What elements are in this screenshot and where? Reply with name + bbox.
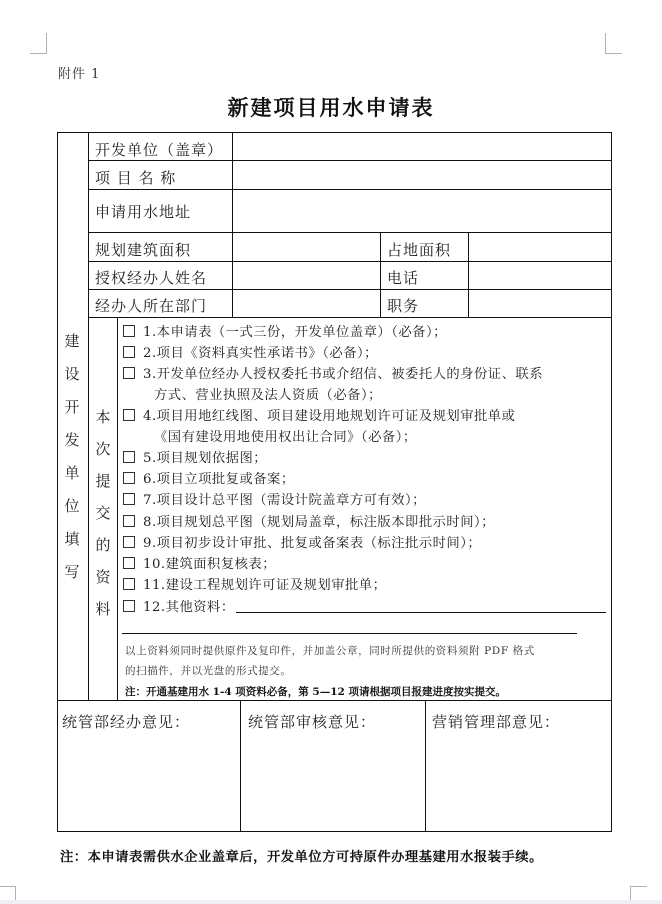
field-input-land-area[interactable] <box>473 235 607 257</box>
materials-bold-note: 注：开通基建用水 1-4 项资料必备，第 5—12 项请根据项目报建进度按实提交… <box>125 684 506 699</box>
grid-line <box>88 232 612 233</box>
opinion-input-marketing[interactable] <box>429 735 608 828</box>
checkbox-icon[interactable] <box>123 325 135 337</box>
checkbox-icon[interactable] <box>123 515 135 527</box>
opinion-label-marketing: 营销管理部意见： <box>432 711 560 732</box>
grid-line <box>88 189 612 190</box>
field-input-developer[interactable] <box>237 135 607 157</box>
checklist-item-4[interactable]: 4.项目用地红线图、项目建设用地规划许可证及规划审批单或 <box>123 405 515 424</box>
field-input-agent-department[interactable] <box>237 292 375 314</box>
section-label-char: 位 <box>62 499 82 532</box>
field-label-agent-name: 授权经办人姓名 <box>95 267 207 288</box>
checklist-item-text: 1.本申请表（一式三份，开发单位盖章）（必备）； <box>143 325 447 340</box>
field-label-agent-department: 经办人所在部门 <box>95 295 207 316</box>
checklist-item-8[interactable]: 8.项目规划总平图（规划局盖章，标注版本即批示时间）； <box>123 511 495 530</box>
grid-line <box>88 317 612 318</box>
field-label-water-address: 申请用水地址 <box>95 201 191 222</box>
checklist-item-3-continued: 方式、营业执照及法人资质（必备）； <box>154 384 382 403</box>
opinion-label-management-handler: 统管部经办意见： <box>62 711 190 732</box>
page-corner-mark <box>30 33 47 54</box>
checklist-item-text: 7.项目设计总平图（需设计院盖章方可有效）； <box>143 493 426 508</box>
checkbox-icon[interactable] <box>123 557 135 569</box>
field-label-land-area: 占地面积 <box>387 239 451 260</box>
other-materials-input[interactable] <box>238 596 604 611</box>
checklist-item-9[interactable]: 9.项目初步设计审批、批复或备案表（标注批示时间）； <box>123 532 481 551</box>
checklist-item-text: 6.项目立项批复或备案； <box>143 472 295 487</box>
checkbox-icon[interactable] <box>123 600 135 612</box>
section-label-char: 单 <box>62 466 82 499</box>
field-label-planned-area: 规划建筑面积 <box>95 239 191 260</box>
section-label-char: 开 <box>62 400 82 433</box>
materials-note-line1: 以上资料须同时提供原件及复印件，并加盖公章，同时所提供的资料须附 PDF 格式 <box>125 643 535 658</box>
field-label-developer: 开发单位（盖章） <box>95 139 223 160</box>
checklist-item-text: 5.项目规划依据图； <box>143 451 267 466</box>
checklist-item-text: 4.项目用地红线图、项目建设用地规划许可证及规划审批单或 <box>143 409 515 424</box>
grid-line <box>240 700 241 832</box>
opinion-input-management-review[interactable] <box>244 735 421 828</box>
checklist-item-11[interactable]: 11.建设工程规划许可证及规划审批单； <box>123 574 386 593</box>
checkbox-icon[interactable] <box>123 472 135 484</box>
other-materials-underline <box>236 612 606 613</box>
opinion-input-management-handler[interactable] <box>60 735 236 828</box>
grid-line <box>468 232 469 317</box>
page-title: 新建项目用水申请表 <box>0 92 662 122</box>
checkbox-icon[interactable] <box>123 578 135 590</box>
grid-line <box>88 261 612 262</box>
grid-line <box>117 317 118 700</box>
checklist-item-5[interactable]: 5.项目规划依据图； <box>123 447 267 466</box>
checkbox-icon[interactable] <box>123 493 135 505</box>
checklist-item-text: 10.建筑面积复核表； <box>143 557 276 572</box>
field-input-water-address[interactable] <box>237 194 607 228</box>
materials-label-char: 的 <box>93 538 113 570</box>
checkbox-icon[interactable] <box>123 346 135 358</box>
grid-line <box>88 160 612 161</box>
field-input-project-name[interactable] <box>237 163 607 185</box>
materials-label-char: 资 <box>93 570 113 602</box>
field-input-planned-area[interactable] <box>237 235 375 257</box>
checklist-item-6[interactable]: 6.项目立项批复或备案； <box>123 468 295 487</box>
checkbox-icon[interactable] <box>123 409 135 421</box>
section-label-char: 填 <box>62 532 82 565</box>
checkbox-icon[interactable] <box>123 536 135 548</box>
field-label-phone: 电话 <box>387 267 419 288</box>
attachment-label: 附件 1 <box>58 63 100 82</box>
grid-line <box>88 132 89 700</box>
section-label-char: 设 <box>62 367 82 400</box>
page-corner-mark <box>605 33 622 54</box>
field-label-project-name: 项 目 名 称 <box>95 167 176 188</box>
checklist-item-text: 8.项目规划总平图（规划局盖章，标注版本即批示时间）； <box>143 515 495 530</box>
checklist-item-1[interactable]: 1.本申请表（一式三份，开发单位盖章）（必备）； <box>123 321 447 340</box>
grid-line <box>88 289 612 290</box>
blank-fill-line <box>122 633 577 634</box>
section-label-char: 建 <box>62 334 82 367</box>
grid-line <box>425 700 426 832</box>
checklist-item-text: 2.项目《资料真实性承诺书》（必备）； <box>143 346 378 361</box>
footer-note: 注：本申请表需供水企业盖章后，开发单位方可持原件办理基建用水报装手续。 <box>60 846 543 865</box>
materials-label-char: 次 <box>93 442 113 474</box>
checklist-item-2[interactable]: 2.项目《资料真实性承诺书》（必备）； <box>123 342 378 361</box>
section-label-developer-fill: 建 设 开 发 单 位 填 写 <box>62 334 82 598</box>
field-input-position[interactable] <box>473 292 607 314</box>
checklist-item-4-continued: 《国有建设用地使用权出让合同》（必备）； <box>154 426 417 445</box>
field-input-phone[interactable] <box>473 264 607 286</box>
checklist-item-12[interactable]: 12.其他资料： <box>123 596 235 615</box>
checklist-item-3[interactable]: 3.开发单位经办人授权委托书或介绍信、被委托人的身份证、联系 <box>123 363 543 382</box>
checkbox-icon[interactable] <box>123 367 135 379</box>
materials-note-line2: 的扫描件，并以光盘的形式提交。 <box>125 663 292 678</box>
section-label-char: 写 <box>62 565 82 598</box>
materials-label-char: 交 <box>93 506 113 538</box>
checkbox-icon[interactable] <box>123 451 135 463</box>
materials-label-char: 料 <box>93 602 113 634</box>
grid-line <box>57 700 612 701</box>
field-label-position: 职务 <box>387 295 419 316</box>
checklist-item-10[interactable]: 10.建筑面积复核表； <box>123 553 276 572</box>
checklist-item-text: 11.建设工程规划许可证及规划审批单； <box>143 578 386 593</box>
checklist-item-text: 12.其他资料： <box>143 600 235 615</box>
materials-label-char: 提 <box>93 474 113 506</box>
materials-label-char: 本 <box>93 410 113 442</box>
checklist-item-text: 9.项目初步设计审批、批复或备案表（标注批示时间）； <box>143 536 481 551</box>
field-input-agent-name[interactable] <box>237 264 375 286</box>
materials-section-label: 本 次 提 交 的 资 料 <box>93 410 113 634</box>
page-gap <box>0 900 662 904</box>
checklist-item-7[interactable]: 7.项目设计总平图（需设计院盖章方可有效）； <box>123 489 426 508</box>
checklist-item-text: 3.开发单位经办人授权委托书或介绍信、被委托人的身份证、联系 <box>143 367 543 382</box>
opinion-label-management-review: 统管部审核意见： <box>248 711 376 732</box>
grid-line <box>380 232 381 317</box>
section-label-char: 发 <box>62 433 82 466</box>
